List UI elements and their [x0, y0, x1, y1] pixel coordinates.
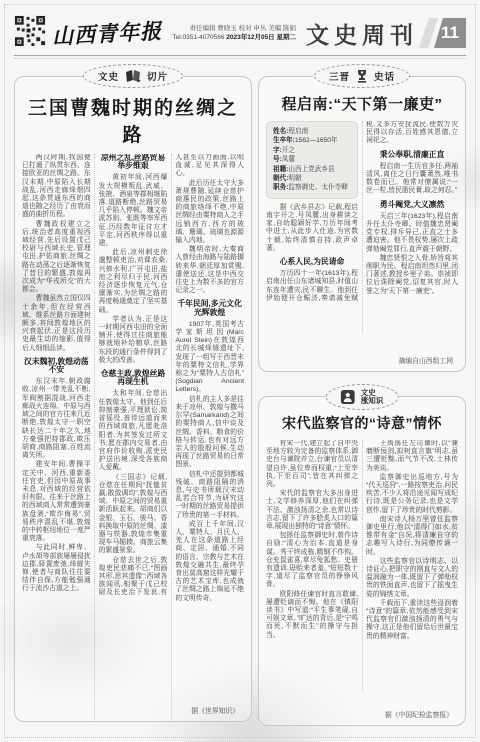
biography-infobox: 姓名程启南 生卒年1562—1650年 字开之: [266, 121, 358, 199]
qr-code-icon: [14, 15, 46, 52]
article-paragraph: 1907年,英国考古学家斯坦因(Marc Aurel Stein)在敦煌西北的长…: [175, 321, 244, 395]
article-paragraph: 曹魏虽然立国仅四十余年,但在经营西域、维系丝路方面建树颇多,其间敦煌地区的兴衰起…: [22, 295, 91, 352]
article-paragraph: 欧阳修任谏官时直言敢谏,屡遭贬谪而不悔。他在《镇阳读书》中写道:“平生事笔砚,自…: [266, 591, 358, 640]
article-paragraph: 建安年间,曹操平定关中、河西,重新委任官吏,但因中原战事未息,对西域的经营依旧有…: [22, 461, 91, 543]
article-paragraph: 信札中还提到都城残破、商路阻隔的消息,与史书所载汉末动乱若合符节,为研究这一时期…: [175, 471, 244, 520]
source-credit: 摘编自山西组工网: [399, 355, 453, 365]
article-body: 两汉时期,我国便已打通了纵贯东西、连接欧亚的丝绸之路。东汉末期,中原陷入长期战乱…: [22, 154, 244, 722]
infobox-value: 山西上党武乡县: [288, 166, 334, 173]
article-paragraph: 魏忠贤恨之入骨,矫旨将其削职为民。程启南坦然归里,闭门著述,教授乡里子弟。崇祯即…: [366, 255, 458, 296]
infobox-label: 职务: [273, 184, 288, 191]
badge-text-right: 切片: [147, 69, 168, 83]
article-paragraph: 两汉时期,我国便已打通了纵贯东西、连接欧亚的丝绸之路。东汉末期,中原陷入长期战乱…: [22, 154, 91, 220]
tel-line: Tel:0351-4070566: [172, 34, 224, 41]
badge-text-stack: 文史 涨知识: [361, 389, 384, 405]
infobox-label: 号: [273, 156, 282, 163]
column-badge-wenshi-zhangzhishi: 文史 涨知识: [326, 384, 399, 410]
column-badge-sanjin-shihua: 三晋 史话: [314, 64, 410, 88]
badge-text-left: 文史: [98, 69, 119, 83]
article-paragraph: 千载而下,重读这些浸润着“诗意”的篇章,依然能感受到宋代监察官们激浊扬清的勇气与…: [366, 600, 458, 641]
infobox-row: 职务监察御史、太仆寺卿: [273, 183, 351, 192]
article-subheading: 仓慈主政,敦煌丝路再现生机: [99, 370, 168, 386]
infobox-label: 字: [273, 147, 282, 154]
article-silk-road: 文史 切片 三国曹魏时期的丝绸之路 两汉时期,我国便已打通了纵贯东西、连接欧亚的…: [14, 76, 252, 722]
book-icon: [125, 70, 141, 82]
header-divider: [14, 55, 466, 56]
article-paragraph: 据《武乡县志》记载,程启南字开之,号凤麓,出身耕读之家,自幼聪颖好学,万历年间考…: [266, 204, 358, 253]
infobox-row: 生卒年1562—1650年: [273, 136, 351, 145]
article-paragraph: 学者认为,正是这一时期河西屯田的全面铺开,使得过往商旅能够就地补给粮草,丝路东段…: [99, 316, 168, 365]
infobox-label: 生卒年: [273, 137, 295, 144]
article-paragraph: 魏明帝时,大秦商人曾经由海路与陆路辗转来华,朝廷厚加赏赐,遣使送还,这是中西交往…: [175, 246, 244, 295]
article-paragraph: 曹魏政权建立之后,统治者高度重视西域经营,先后设置戊己校尉与西域长史,管理屯田,…: [22, 221, 91, 295]
page-number-badge: 11: [422, 18, 466, 48]
article-paragraph: 有宋一代,建立起了自中央至地方较为完备的监察体系,御史台与谏院并立,台谏官员以清…: [266, 440, 358, 489]
reader-icon: [341, 390, 355, 404]
article-title: 三国曹魏时期的丝绸之路: [22, 93, 244, 147]
page-header: 山西青年报 责任编辑 曹晓玉 校对 申丛 美编 陈娟 Tel:0351-4070…: [14, 13, 466, 53]
article-paragraph: 东汉末年,朝政腐败,凉州一带羌乱不断,军阀割据混战,河西走廊战火连绵。中原与西域…: [22, 378, 91, 460]
article-subheading: 勇斗阉党,大义凛然: [366, 201, 458, 209]
goblet-icon: [356, 69, 368, 83]
newspaper-logo: 山西青年报: [51, 15, 162, 51]
infobox-row: 祖籍山西上党武乡县: [273, 165, 351, 174]
article-paragraph: 宋代的监察官大多出身进士,文学修养深厚,他们在纠弹不法、激浊扬清之余,也常以诗言…: [266, 490, 358, 531]
badge-text-bottom: 涨知识: [361, 397, 384, 405]
article-subheading: 秉公奉职,清廉正直: [366, 151, 458, 159]
infobox-value: 程启南: [288, 128, 308, 135]
article-body: 有宋一代,建立起了自中央至地方较为完备的监察体系,御史台与谏院并立,台谏官员以清…: [266, 440, 458, 692]
article-title: 宋代监察官的“诗意”情怀: [266, 413, 458, 433]
article-paragraph: 信札的主人多是往来于凉州、敦煌与撒马尔罕(Samarkand)之间的粟特商人,信…: [175, 396, 244, 470]
article-subheading: 凉州之乱,丝路贸易举步维艰: [99, 154, 168, 170]
page-number: 11: [434, 18, 466, 48]
article-paragraph: 王禹偁任左司谏时,以“兼磨断佞剑,拟树直言旗”明志,虽三遭贬黜,而气节不改,士林…: [366, 440, 458, 473]
article-paragraph: 包拯任监察御史时,曾作诗自励:“清心为治本,直道是身谋。秀干终成栋,精钢不作钩。…: [266, 532, 358, 589]
infobox-label: 朝代: [273, 175, 288, 182]
infobox-value: 1562—1650年: [295, 137, 338, 144]
article-paragraph: 天启三年(1623年),程启南升任太仆寺卿。时值魏忠贤阉党专权,排斥异己,正直之…: [366, 213, 458, 254]
article-paragraph: 南宋诗人杨万里曾任监察御史里行,他以“清得门如水,贫惟带有金”自况,将清廉自守的…: [366, 516, 458, 557]
date-line: 2023年12月05日 星期二: [226, 34, 296, 41]
source-credit: 据《世界知识》: [191, 705, 239, 715]
article-paragraph: 与此同时,鲜卑、卢水胡等部族屡屡侵扰边郡,驿置废弛,烽燧失修,使者与商队往往要结…: [22, 544, 91, 593]
article-lian-li: 三晋 史话 程启南:“天下第一廉吏”: [258, 76, 466, 372]
article-paragraph: 成百上千年间,汉人、粟特人、月氏人、羌人在这条道路上经商、定居、通婚,不同的语言…: [175, 521, 244, 603]
infobox-value: 开之: [282, 147, 295, 154]
article-paragraph: 《三国志》记载,仓慈在任期间“抚恤贫羸,散敛调均”,敦煌与西域、中原之间的贸易重…: [99, 474, 168, 556]
column-badge-wenshi-qiepian: 文史 切片: [83, 64, 183, 88]
page-content: 文史 切片 三国曹魏时期的丝绸之路 两汉时期,我国便已打通了纵贯东西、连接欧亚的…: [14, 62, 466, 728]
infobox-row: 字开之: [273, 146, 351, 155]
article-paragraph: 这些监察官以诗明志、以诗证心,把职守的刚直与文人的温润融为一体,既留下了弹劾权贵…: [366, 558, 458, 599]
article-paragraph: 太和年间,仓慈出任敦煌太守。他到任后抑制豪强,平理狱讼,简省徭役,善待远道而来的…: [99, 390, 168, 472]
infobox-label: 祖籍: [273, 166, 288, 173]
infobox-value: 监察御史、太仆寺卿: [288, 184, 347, 191]
badge-text-right: 史话: [374, 69, 395, 83]
infobox-label: 姓名: [273, 128, 288, 135]
badge-text-left: 三晋: [329, 69, 350, 83]
infobox-value: 凤麓: [282, 156, 295, 163]
article-subheading: 心系人民,为民请命: [266, 258, 358, 266]
infobox-row: 姓名程启南: [273, 127, 351, 136]
article-subheading: 汉末魏初,敦煌动荡不安: [22, 358, 91, 374]
newspaper-page: 山西青年报 责任编辑 曹晓玉 校对 申丛 美编 陈娟 Tel:0351-4070…: [0, 0, 480, 742]
infobox-row: 朝代明朝: [273, 174, 351, 183]
article-subheading: 千年民间,多元文化光辉敦煌: [175, 300, 244, 316]
article-title: 程启南:“天下第一廉吏”: [266, 93, 458, 114]
article-song-censors: 文史 涨知识 宋代监察官的“诗意”情怀 有宋一代,建立起了自中央至地方较为完备的…: [258, 396, 466, 726]
slash-decoration: [419, 18, 438, 48]
source-credit: 据《中国纪检监察报》: [385, 709, 453, 719]
article-body: 姓名程启南 生卒年1562—1650年 字开之: [266, 121, 458, 333]
article-paragraph: 黄初年间,河西爆发大规模叛乱,武威、张掖、酒泉等郡相继陷落,道路断绝,丝路贸易几…: [99, 174, 168, 248]
editors-line: 责任编辑 曹晓玉 校对 申丛 美编 陈娟: [189, 25, 296, 32]
weekly-masthead: 文史周刊: [306, 17, 418, 50]
article-paragraph: 此后,凉州刺史徐邈整顿吏治,劝课农桑,兴修水利,广开屯田,盐池之利尽归于民,河西…: [99, 249, 168, 315]
article-paragraph: 程启南一生历官多任,两袖清风,离任之日行囊萧然,唯书数卷而已。他常对僚属说:“一…: [366, 163, 458, 196]
article-paragraph: 监察御史出巡地方,号为“代天巡狩”,一路按察吏治,问民疾苦,不少人将沿途见闻写成…: [366, 474, 458, 515]
infobox-value: 明朝: [288, 175, 301, 182]
infobox-row: 号凤麓: [273, 155, 351, 164]
header-meta: 责任编辑 曹晓玉 校对 申丛 美编 陈娟 Tel:0351-4070566 20…: [172, 24, 296, 42]
article-paragraph: 此后历任太守大多萧规曹随,延续仓慈护商惠民的政策,丝路上的商旅络绎不绝,中原丝绸…: [175, 180, 244, 246]
